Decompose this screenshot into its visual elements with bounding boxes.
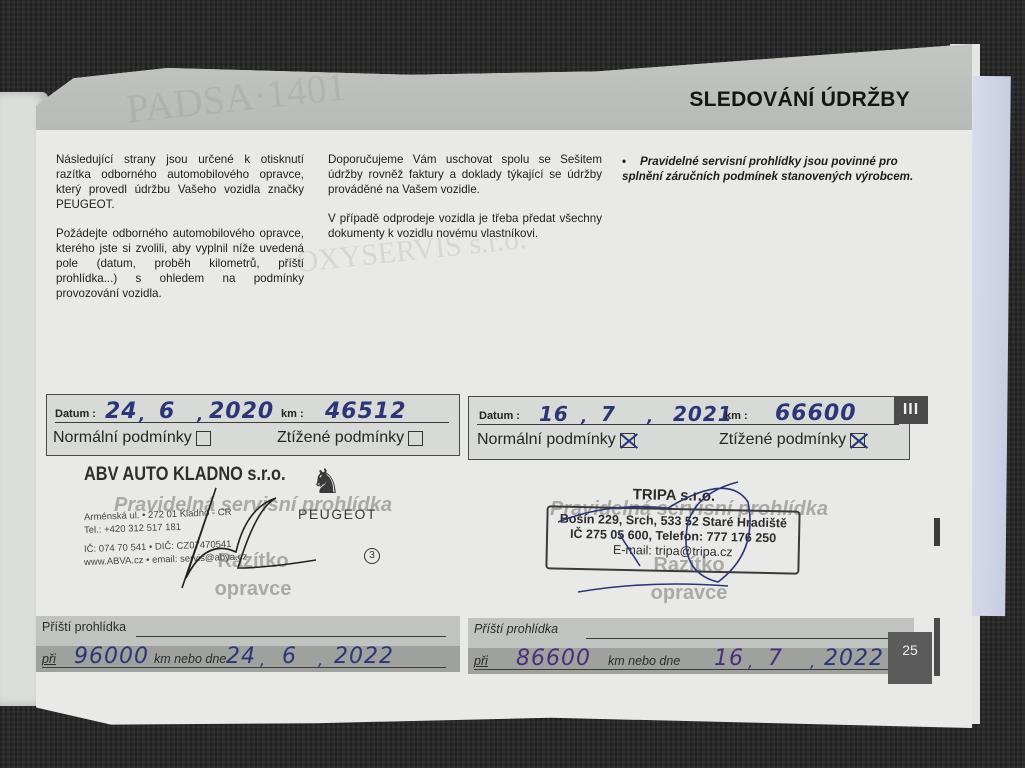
hard-conditions-checkbox[interactable] bbox=[850, 433, 865, 448]
date-separator: , bbox=[139, 405, 146, 424]
intro-column-1: Následující strany jsou určené k otisknu… bbox=[56, 152, 304, 315]
next-inspection-1: Příští prohlídka při 96000 km nebo dne 2… bbox=[36, 616, 460, 672]
date-separator: , bbox=[748, 652, 754, 671]
rule-line bbox=[586, 638, 900, 639]
intro-paragraph: V případě odprodeje vozidla je třeba pře… bbox=[328, 211, 602, 241]
date-separator: , bbox=[260, 650, 266, 669]
next-month-value[interactable]: 6 bbox=[282, 644, 297, 669]
normal-conditions-checkbox[interactable] bbox=[196, 431, 211, 446]
conditions-row: Normální podmínky Ztížené podmínky bbox=[475, 429, 899, 453]
intro-paragraph: Požádejte odborného automobilového oprav… bbox=[56, 226, 304, 301]
km-value[interactable]: 66600 bbox=[775, 401, 857, 426]
date-separator: , bbox=[581, 407, 588, 426]
date-separator: , bbox=[197, 405, 204, 424]
warranty-note: Pravidelné servisní prohlídky jsou povin… bbox=[622, 155, 913, 183]
circled-number-mark: 3 bbox=[364, 548, 380, 564]
normal-conditions-checkbox[interactable] bbox=[620, 433, 635, 448]
date-day-value[interactable]: 16 bbox=[539, 402, 569, 426]
next-inspection-row: při 86600 km nebo dne 16 , 7 , 2022 bbox=[474, 648, 900, 670]
date-year-value[interactable]: 2020 bbox=[209, 399, 274, 424]
km-or-date-label: km nebo dne bbox=[154, 652, 226, 666]
next-month-value[interactable]: 7 bbox=[768, 646, 783, 671]
date-day-value[interactable]: 24 bbox=[105, 399, 138, 424]
page-number-edge bbox=[934, 618, 940, 676]
hard-conditions: Ztížené podmínky bbox=[277, 429, 423, 447]
normal-conditions: Normální podmínky bbox=[477, 431, 635, 449]
dealer-name: ABV AUTO KLADNO s.r.o. bbox=[84, 464, 286, 486]
hard-conditions: Ztížené podmínky bbox=[719, 431, 865, 449]
page-number: 25 bbox=[888, 632, 932, 684]
km-label: km : bbox=[725, 410, 748, 422]
hard-conditions-checkbox[interactable] bbox=[408, 431, 423, 446]
at-label: při bbox=[474, 654, 488, 668]
ghost-text-repairer: opravce bbox=[468, 582, 910, 605]
next-inspection-label: Příští prohlídka bbox=[42, 620, 126, 634]
peugeot-lion-icon: ♞ bbox=[304, 460, 348, 504]
hard-conditions-label: Ztížené podmínky bbox=[277, 429, 404, 447]
intro-paragraph: Doporučujeme Vám uschovat spolu se Sešit… bbox=[328, 152, 602, 197]
normal-conditions-label: Normální podmínky bbox=[53, 429, 192, 447]
date-km-row: Datum : 16 , 7 , 2021 km : 66600 bbox=[477, 405, 899, 425]
section-tab[interactable]: III bbox=[894, 396, 928, 424]
normal-conditions-label: Normální podmínky bbox=[477, 431, 616, 449]
inserted-blue-sheet bbox=[967, 76, 1011, 616]
service-stamp-area-1: Pravidelná servisní prohlídka Razítko op… bbox=[46, 458, 460, 614]
date-separator: , bbox=[647, 407, 654, 426]
next-day-value[interactable]: 16 bbox=[714, 646, 744, 671]
date-km-row: Datum : 24 , 6 , 2020 km : 46512 bbox=[55, 403, 449, 423]
intro-column-2: Doporučujeme Vám uschovat spolu se Sešit… bbox=[328, 152, 602, 255]
date-separator: , bbox=[810, 652, 816, 671]
next-inspection-2: Příští prohlídka při 86600 km nebo dne 1… bbox=[468, 618, 914, 674]
next-km-value[interactable]: 86600 bbox=[516, 646, 591, 671]
next-inspection-label: Příští prohlídka bbox=[474, 622, 558, 636]
service-stamp-area-2: Pravidelná servisní prohlídka Razítko op… bbox=[468, 462, 910, 616]
date-month-value[interactable]: 7 bbox=[601, 402, 616, 426]
next-year-value[interactable]: 2022 bbox=[334, 644, 394, 669]
hard-conditions-label: Ztížené podmínky bbox=[719, 431, 846, 449]
km-or-date-label: km nebo dne bbox=[608, 654, 680, 668]
intro-column-3: •Pravidelné servisní prohlídky jsou povi… bbox=[622, 154, 914, 184]
date-label: Datum : bbox=[479, 410, 520, 422]
conditions-row: Normální podmínky Ztížené podmínky bbox=[53, 427, 449, 451]
service-record-1-header: Datum : 24 , 6 , 2020 km : 46512 Normáln… bbox=[46, 394, 460, 456]
next-inspection-row: při 96000 km nebo dne 24 , 6 , 2022 bbox=[42, 646, 446, 668]
ghost-text-repairer: opravce bbox=[46, 578, 460, 601]
page-title: SLEDOVÁNÍ ÚDRŽBY bbox=[689, 88, 910, 112]
thumb-index-marker bbox=[934, 518, 940, 546]
rule-line bbox=[136, 636, 446, 637]
date-year-value[interactable]: 2021 bbox=[673, 402, 733, 426]
intro-paragraph: Následující strany jsou určené k otisknu… bbox=[56, 152, 304, 212]
peugeot-brand: PEUGEOT bbox=[298, 506, 377, 522]
service-record-2-header: Datum : 16 , 7 , 2021 km : 66600 Normáln… bbox=[468, 396, 910, 460]
date-separator: , bbox=[318, 650, 324, 669]
next-day-value[interactable]: 24 bbox=[226, 644, 256, 669]
dealer-stamp: TRIPA s.r.o. Bošín 229, Srch, 533 52 Sta… bbox=[545, 505, 800, 574]
next-km-value[interactable]: 96000 bbox=[74, 644, 149, 669]
km-value[interactable]: 46512 bbox=[325, 399, 407, 424]
bullet-icon: • bbox=[622, 154, 640, 169]
at-label: při bbox=[42, 652, 56, 666]
km-label: km : bbox=[281, 408, 304, 420]
maintenance-page: SLEDOVÁNÍ ÚDRŽBY PADSA·1401 OXYSERVIS s.… bbox=[36, 44, 972, 728]
date-month-value[interactable]: 6 bbox=[159, 399, 175, 424]
date-label: Datum : bbox=[55, 408, 96, 420]
next-year-value[interactable]: 2022 bbox=[824, 646, 884, 671]
normal-conditions: Normální podmínky bbox=[53, 429, 211, 447]
dealer-stamp: ABV AUTO KLADNO s.r.o. Arménská ul. • 27… bbox=[84, 464, 318, 564]
